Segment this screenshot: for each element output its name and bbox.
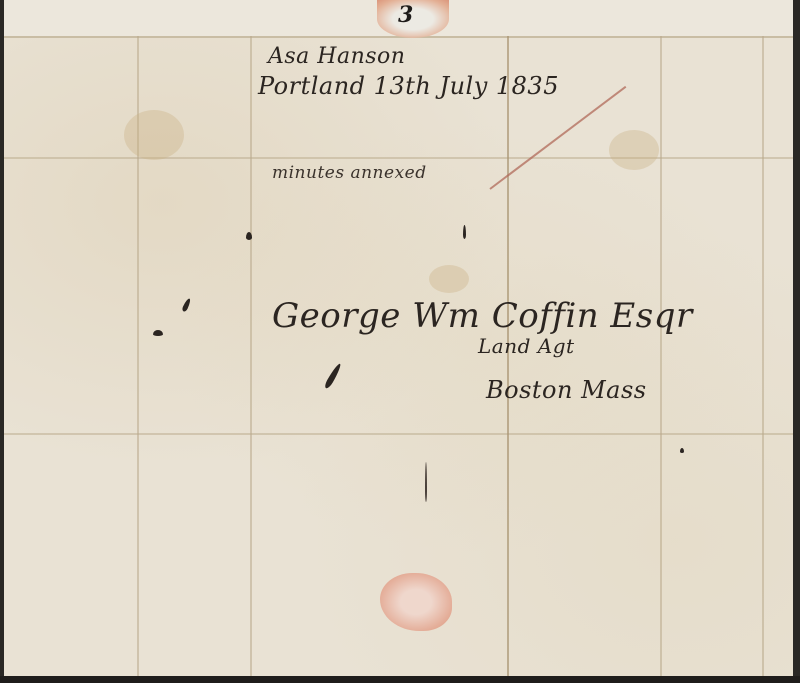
ink-blot	[246, 232, 252, 240]
docket-note: minutes annexed	[272, 163, 427, 183]
fold-line-vertical	[762, 36, 764, 676]
paper-stain	[429, 265, 469, 293]
ink-blot	[153, 330, 163, 336]
fold-line-horizontal	[4, 157, 793, 159]
paper-stain	[124, 110, 184, 160]
paper-stain	[609, 130, 659, 170]
ink-blot	[463, 225, 466, 239]
scan-border	[0, 676, 800, 683]
sender-name: Asa Hanson	[268, 44, 405, 69]
recipient-name: George Wm Coffin Esqr	[272, 296, 693, 336]
seal-mark: 3	[398, 2, 413, 28]
fold-line-vertical	[250, 36, 252, 676]
ink-blot	[680, 448, 684, 453]
fold-line-vertical	[660, 36, 662, 676]
sender-place-date: Portland 13th July 1835	[258, 72, 559, 100]
recipient-city: Boston Mass	[486, 376, 647, 404]
recipient-title: Land Agt	[478, 334, 575, 358]
fold-line-horizontal	[4, 433, 793, 435]
